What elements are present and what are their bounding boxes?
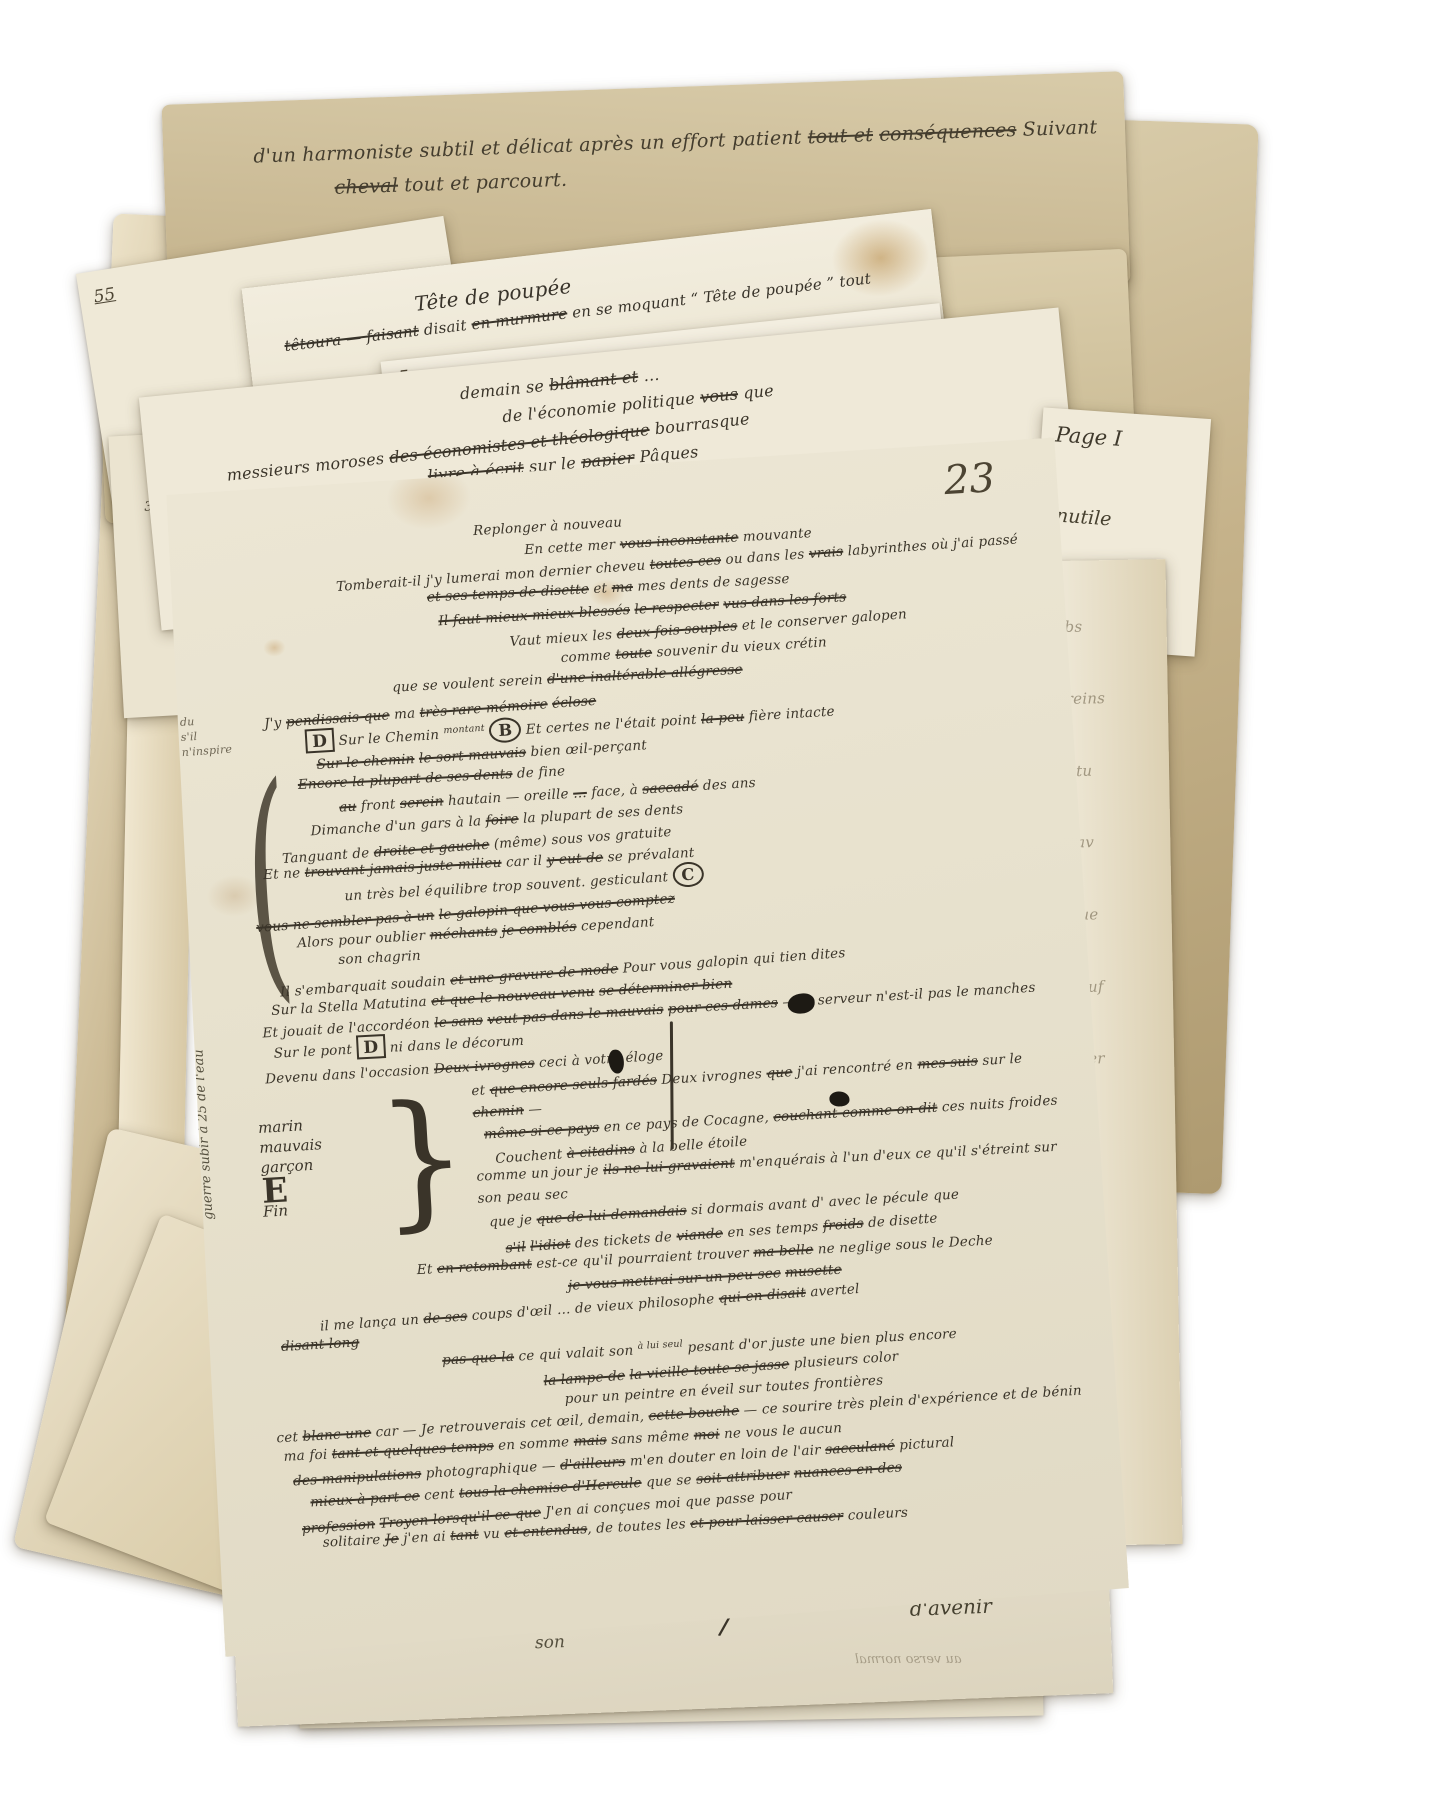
word-son: son xyxy=(535,1632,566,1653)
manuscript-stack-photo: car garde 2 Commercial allaisplan indeNo… xyxy=(0,0,1438,1800)
manuscript-text-body: Replonger à nouveauEn cette mer vous inc… xyxy=(223,487,1100,1560)
mirrored-pencil-note: au verso normal xyxy=(855,1652,962,1667)
page-note-inutile: inutile xyxy=(1049,504,1190,536)
page-number-55: 55 xyxy=(92,284,117,307)
page-number-23: 23 xyxy=(943,455,997,504)
large-brace-mark: } xyxy=(375,1098,471,1221)
main-manuscript-page: 23 ( guerre subir à 25 de l'eau dus'iln'… xyxy=(156,437,1130,1657)
page-label: Page I xyxy=(1055,422,1196,456)
ink-blot xyxy=(829,1091,850,1107)
small-margin-notes: dus'iln'inspire xyxy=(179,712,232,760)
handwritten-lines: d'un harmoniste subtil et délicat après … xyxy=(203,110,1107,209)
